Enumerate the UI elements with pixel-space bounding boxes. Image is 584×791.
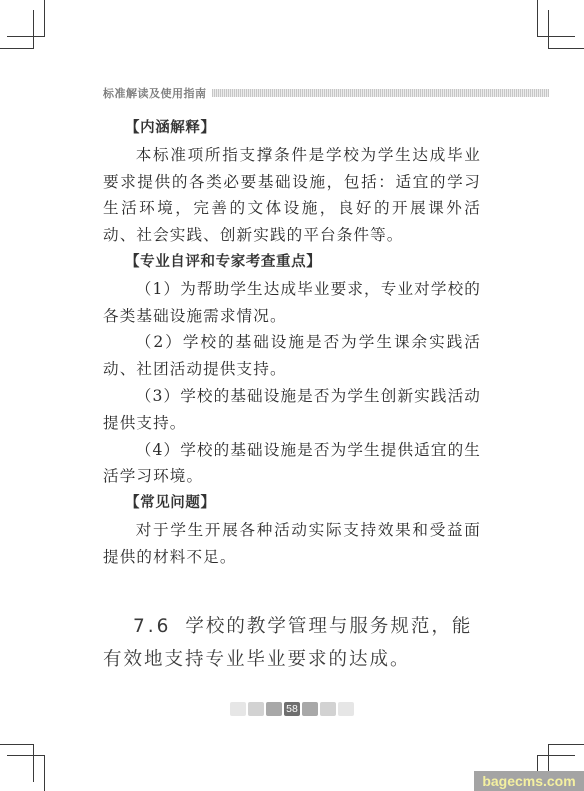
crop-mark-line [44, 755, 45, 791]
crop-mark-line [33, 744, 34, 782]
crop-mark-line [548, 10, 549, 49]
crop-mark-line [0, 744, 34, 745]
pager-box [302, 702, 318, 716]
page-number: 58 [284, 702, 300, 716]
running-head-band [212, 89, 550, 97]
running-head-title: 标准解读及使用指南 [103, 85, 207, 101]
section-heading-review-focus: 【专业自评和专家考查重点】 [103, 249, 481, 276]
crop-mark-line [44, 0, 45, 37]
pager-box [320, 702, 336, 716]
page-number-strip: 58 [230, 702, 354, 716]
crop-mark-line [0, 48, 34, 49]
crop-mark-line [537, 755, 575, 756]
paragraph: （1）为帮助学生达成毕业要求，专业对学校的各类基础设施需求情况。 [103, 276, 481, 330]
pager-box [338, 702, 354, 716]
paragraph: （3）学校的基础设施是否为学生创新实践活动提供支持。 [103, 383, 481, 437]
page-body: 【内涵解释】 本标准项所指支撑条件是学校为学生达成毕业要求提供的各类必要基础设施… [103, 115, 481, 571]
crop-mark-line [7, 755, 45, 756]
watermark: bagecms.com [474, 771, 584, 791]
running-head: 标准解读及使用指南 [103, 84, 549, 102]
standard-item-heading: 7.6学校的教学管理与服务规范，能有效地支持专业毕业要求的达成。 [103, 610, 483, 676]
section-heading-common-problems: 【常见问题】 [103, 490, 481, 517]
crop-mark-line [537, 0, 538, 37]
pager-box [266, 702, 282, 716]
section-heading-connotation: 【内涵解释】 [103, 115, 481, 142]
pager-box [248, 702, 264, 716]
standard-item-number: 7.6 [103, 616, 171, 637]
crop-mark-line [7, 36, 45, 37]
crop-mark-line [537, 36, 575, 37]
paragraph: （2）学校的基础设施是否为学生课余实践活动、社团活动提供支持。 [103, 329, 481, 383]
crop-mark-line [33, 10, 34, 49]
pager-box [230, 702, 246, 716]
paragraph: 本标准项所指支撑条件是学校为学生达成毕业要求提供的各类必要基础设施，包括：适宜的… [103, 142, 481, 249]
paragraph: （4）学校的基础设施是否为学生提供适宜的生活学习环境。 [103, 437, 481, 491]
crop-mark-line [548, 48, 584, 49]
paragraph: 对于学生开展各种活动实际支持效果和受益面提供的材料不足。 [103, 517, 481, 571]
crop-mark-line [548, 744, 584, 745]
